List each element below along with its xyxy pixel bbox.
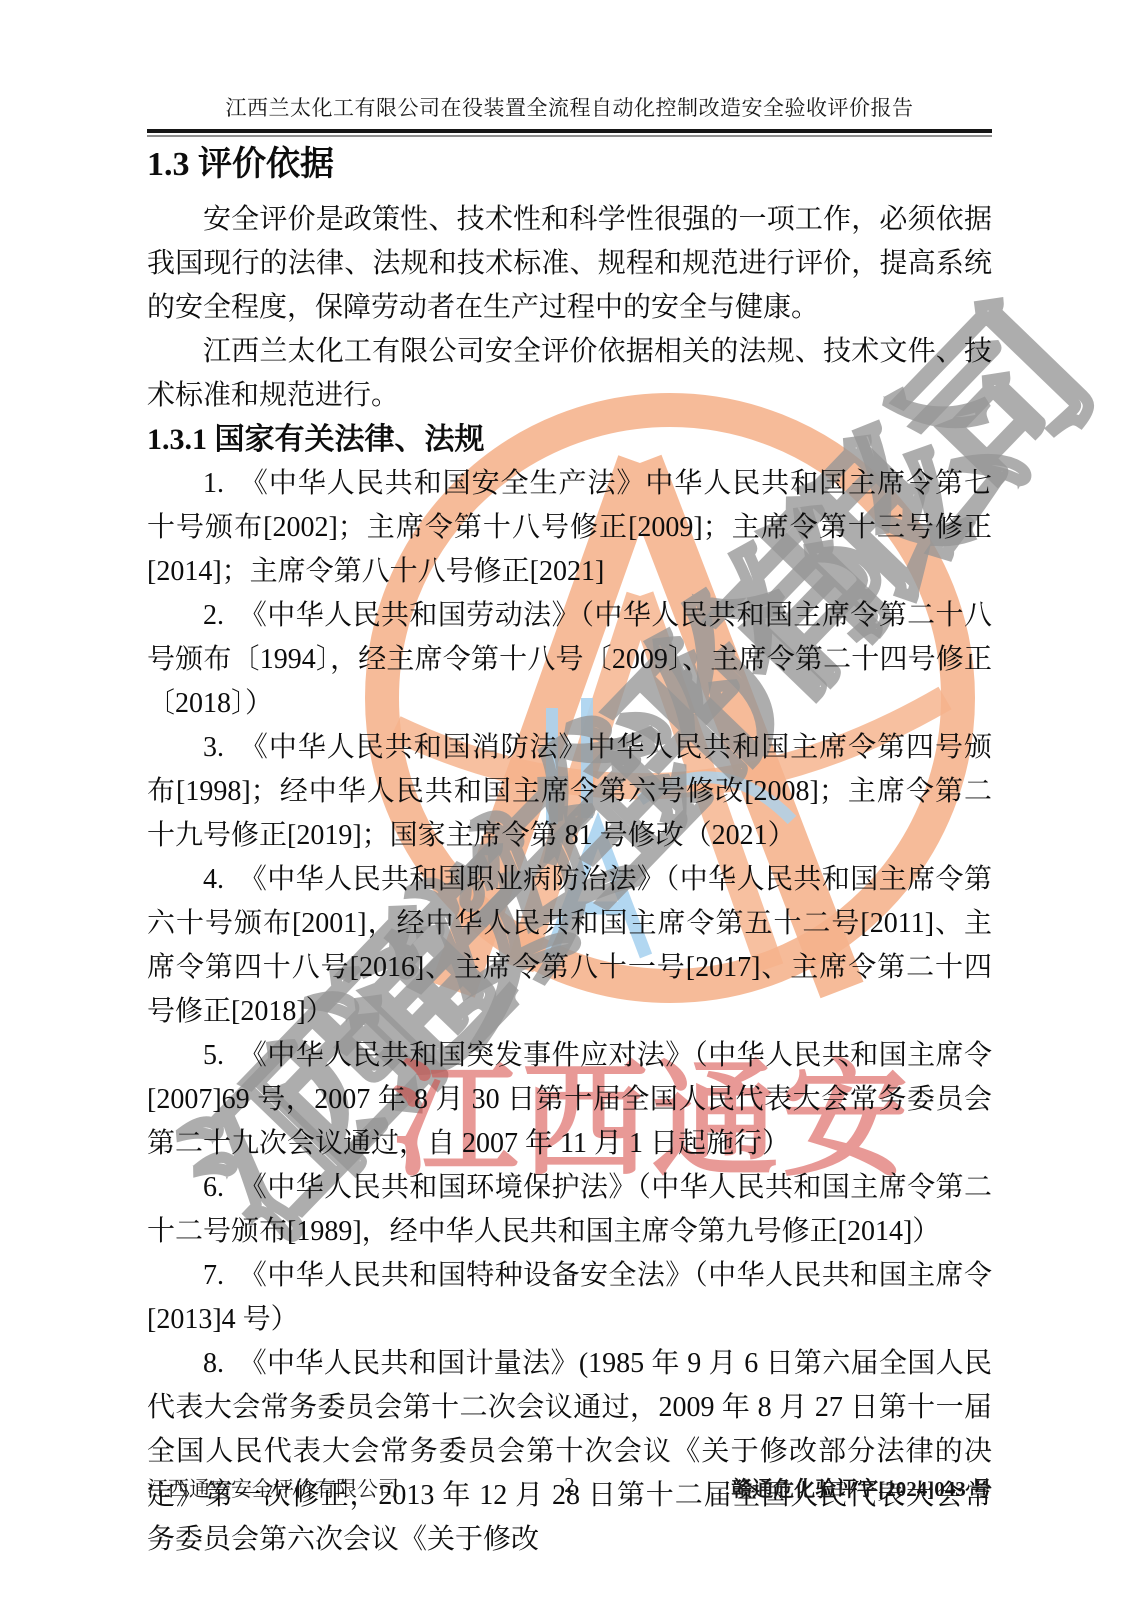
subsection-title: 1.3.1 国家有关法律、法规 [147, 418, 992, 462]
document-page: 江西通安安全评价有限公司 江西通安 江西兰太化工有限公司在役装置全流程自动化控制… [0, 0, 1131, 1600]
document-body: 1.3 评价依据 安全评价是政策性、技术性和科学性很强的一项工作，必须依据我国现… [147, 136, 992, 1562]
law-list-item: 2. 《中华人民共和国劳动法》（中华人民共和国主席令第二十八号颁布〔1994〕，… [147, 594, 992, 726]
page-header: 江西兰太化工有限公司在役装置全流程自动化控制改造安全验收评价报告 [147, 0, 992, 137]
paragraph: 安全评价是政策性、技术性和科学性很强的一项工作，必须依据我国现行的法律、法规和技… [147, 198, 992, 330]
law-list-item: 3. 《中华人民共和国消防法》中华人民共和国主席令第四号颁布[1998]；经中华… [147, 726, 992, 858]
footer-document-number: 赣通危化验评字[2024]043 号 [731, 1473, 992, 1503]
law-list-item: 6. 《中华人民共和国环境保护法》（中华人民共和国主席令第二十二号颁布[1989… [147, 1166, 992, 1254]
paragraph: 江西兰太化工有限公司安全评价依据相关的法规、技术文件、技术标准和规范进行。 [147, 330, 992, 418]
report-title: 江西兰太化工有限公司在役装置全流程自动化控制改造安全验收评价报告 [147, 0, 992, 129]
footer-company-name: 江西通安安全评价有限公司 [147, 1473, 399, 1503]
law-list-item: 1. 《中华人民共和国安全生产法》中华人民共和国主席令第七十号颁布[2002]；… [147, 462, 992, 594]
law-list-item: 8. 《中华人民共和国计量法》(1985 年 9 月 6 日第六届全国人民代表大… [147, 1342, 992, 1562]
law-list-item: 7. 《中华人民共和国特种设备安全法》（中华人民共和国主席令[2013]4 号） [147, 1254, 992, 1342]
section-title: 1.3 评价依据 [147, 144, 992, 186]
law-list-item: 5. 《中华人民共和国突发事件应对法》（中华人民共和国主席令[2007]69 号… [147, 1034, 992, 1166]
page-number: 2 [564, 1473, 575, 1498]
law-list-item: 4. 《中华人民共和国职业病防治法》（中华人民共和国主席令第六十号颁布[2001… [147, 858, 992, 1034]
header-rule-thick [147, 129, 992, 133]
